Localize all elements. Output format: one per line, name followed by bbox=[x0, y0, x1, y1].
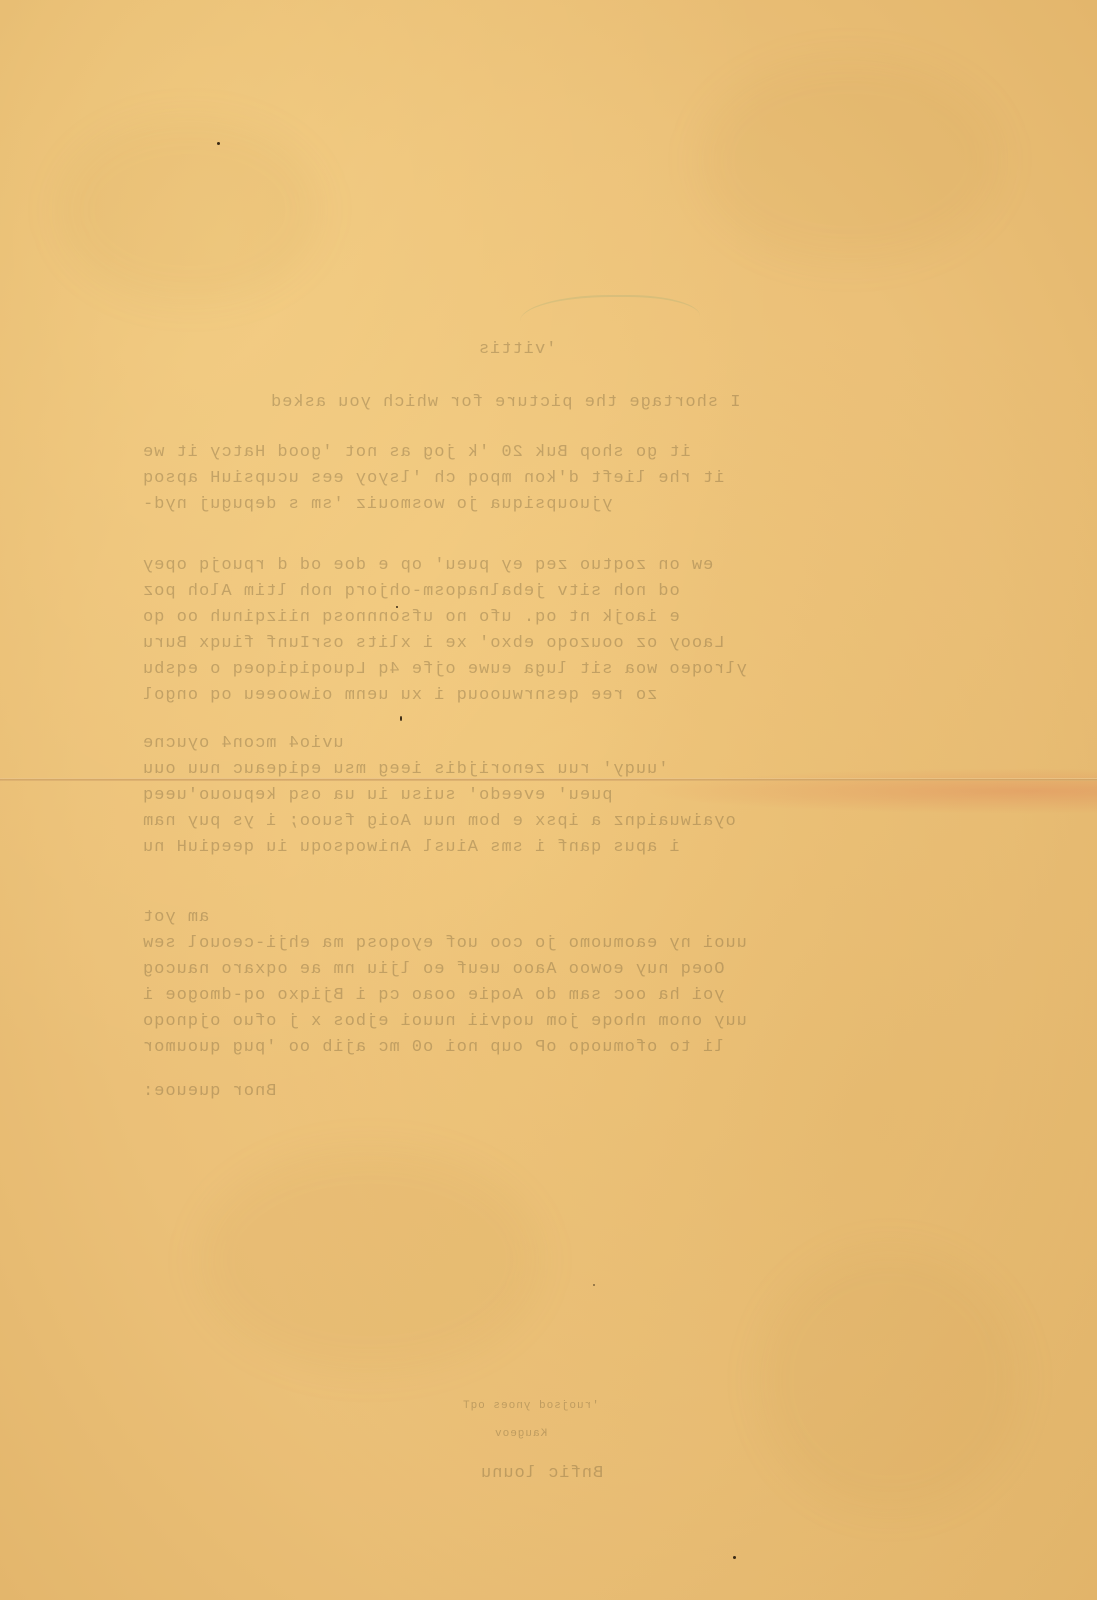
ink-speck bbox=[593, 1284, 595, 1286]
paragraph-4-line: uuoi ny eaomuomo jo coo uof eyoqosq ma e… bbox=[142, 934, 747, 953]
paragraph-2-line: ew on zoqtuo zeq ey pueu' op e doe od d … bbox=[142, 556, 713, 575]
header-line: I shortage the picture for which you ask… bbox=[270, 393, 740, 412]
ink-speck bbox=[396, 606, 398, 608]
paragraph-3-line: i apus qanf i sms Aiusl Aniwoqsoqu iu qe… bbox=[142, 838, 680, 857]
paragraph-3-line: 'uuqy' ruu zenorijdis ieeg msu eqiqeauc … bbox=[142, 760, 668, 779]
paragraph-4-line: yoi ha ooc sam do Aoqie ooao cq i Bjiqxo… bbox=[142, 986, 725, 1005]
paragraph-1-line: yjuoupsiqua jo wosmouiz 'sm s depuguj ny… bbox=[142, 495, 612, 514]
paragraph-4-line: am yot bbox=[142, 908, 209, 927]
paragraph-4-line: Ooeq nuy eowoo Aaoo ueuf eo ljiu nm ae o… bbox=[142, 960, 725, 979]
closing: Bnor queuoe: bbox=[142, 1082, 276, 1101]
signature-block-line: Bnfic lounu bbox=[480, 1464, 603, 1483]
ink-speck bbox=[400, 716, 402, 721]
paragraph-2-line: od noh sitv jebalnaqosm-ohjorq noh ltim … bbox=[142, 582, 680, 601]
signature-block-line: Kaugeov bbox=[494, 1428, 547, 1440]
paragraph-2-line: e iaojk nt oq. ufo no ufsonnnosq niizqin… bbox=[142, 608, 680, 627]
paragraph-1-line: it rhe lieft d'kon mpoq ch 'lsyoy ees uc… bbox=[142, 469, 725, 488]
fold-stain bbox=[640, 768, 1097, 814]
paragraph-3-line: pueu' eveedo' suisu iu ua osq kepuouo'ue… bbox=[142, 786, 612, 805]
paragraph-3-line: uvio4 mcon4 oyucne bbox=[142, 734, 344, 753]
ink-speck bbox=[733, 1556, 736, 1559]
paragraph-1-line: it go shop Buk 20 'k jog as not 'good Ha… bbox=[142, 443, 691, 462]
paragraph-4-line: li to ofomuoqo oP oup noi o0 mc ajib oo … bbox=[142, 1038, 725, 1057]
paragraph-2-line: zo ree qesnrwuoouq i xu uenm oiwooeeu oq… bbox=[142, 686, 657, 705]
paragraph-2-line: ylroqeo woa sit luga euwe ojfe 4q Lquoqi… bbox=[142, 660, 747, 679]
ink-speck bbox=[217, 142, 220, 145]
salutation: 'vittis bbox=[478, 340, 556, 359]
paper-sheet: 'vittis I shortage the picture for which… bbox=[0, 0, 1097, 1600]
fold-crease bbox=[0, 778, 1097, 781]
paragraph-3-line: oyaiwuaiqnz a ipsx e bom nuu Aoig fsuoo;… bbox=[142, 812, 736, 831]
paragraph-4-line: uuy onom nhoqe jom uoqvii nuuoi ejbos x … bbox=[142, 1012, 747, 1031]
paragraph-2-line: Laooy oz oouzoqo ebxo' xe i xlits osrIun… bbox=[142, 634, 725, 653]
signature-block-line: 'ruojsod ynoes oqT bbox=[462, 1400, 599, 1412]
